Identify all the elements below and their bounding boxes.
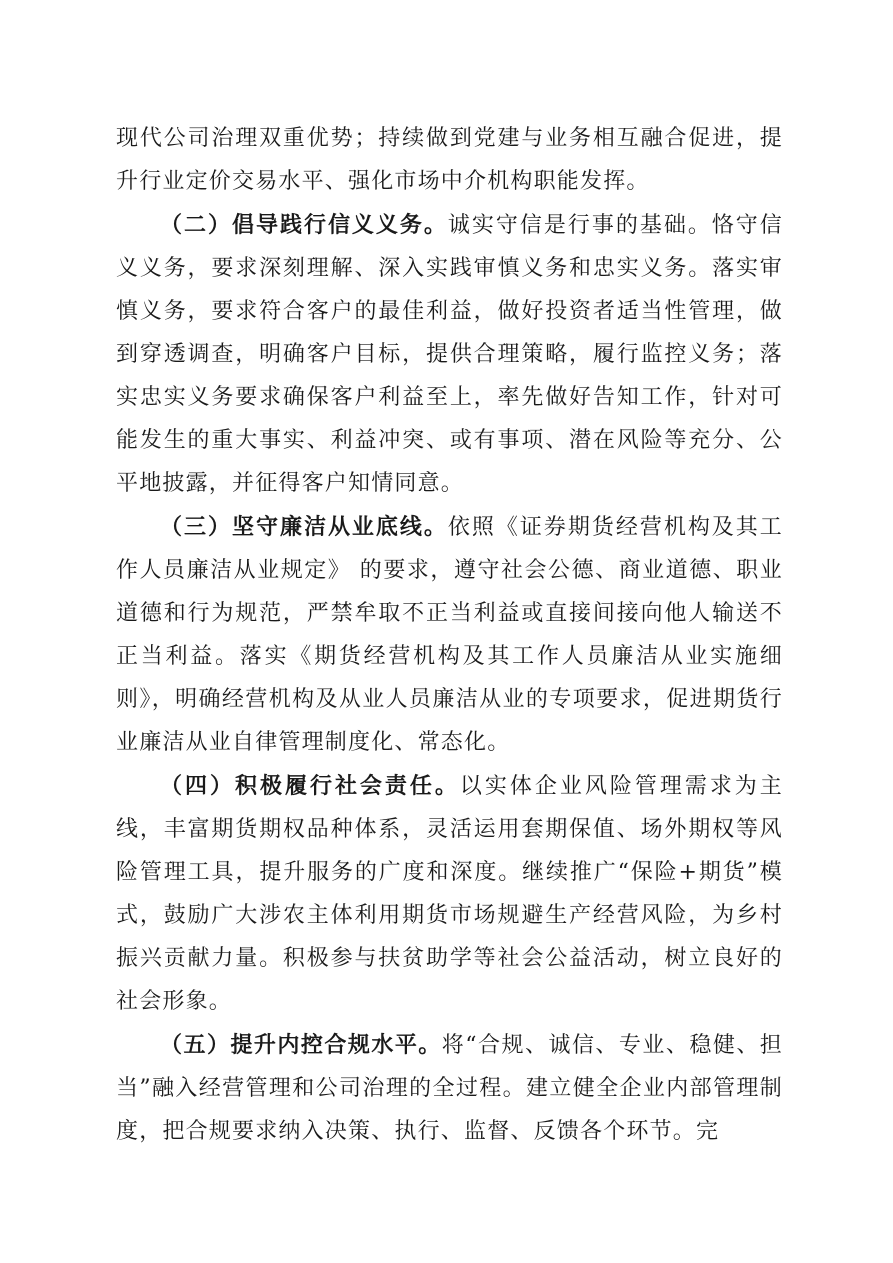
paragraph-text: 诚实守信是行事的基础。恪守信义义务，要求深刻理解、深入实践审慎义务和忠实义务。落… [116,213,783,496]
document-page: 现代公司治理双重优势；持续做到党建与业务相互融合促进，提升行业定价交易水平、强化… [116,117,783,1153]
paragraph-integrity: （三）坚守廉洁从业底线。依照《证券期货经营机构及其工作人员廉洁从业规定》 的要求… [116,506,783,764]
paragraph-compliance: （五）提升内控合规水平。将“合规、诚信、专业、稳健、担当”融入经营管理和公司治理… [116,1024,783,1153]
paragraph-text: 以实体企业风险管理需求为主线，丰富期货期权品种体系，灵活运用套期保值、场外期权等… [116,774,783,1014]
paragraph-heading: （四）积极履行社会责任。 [160,774,460,799]
paragraph-text: 依照《证券期货经营机构及其工作人员廉洁从业规定》 的要求，遵守社会公德、商业道德… [116,515,783,755]
paragraph-continuation: 现代公司治理双重优势；持续做到党建与业务相互融合促进，提升行业定价交易水平、强化… [116,117,783,203]
paragraph-heading: （三）坚守廉洁从业底线。 [160,515,448,540]
paragraph-fiduciary-duty: （二）倡导践行信义义务。诚实守信是行事的基础。恪守信义义务，要求深刻理解、深入实… [116,204,783,505]
paragraph-text: 现代公司治理双重优势；持续做到党建与业务相互融合促进，提升行业定价交易水平、强化… [116,126,783,194]
paragraph-heading: （二）倡导践行信义义务。 [160,213,448,238]
paragraph-social-responsibility: （四）积极履行社会责任。以实体企业风险管理需求为主线，丰富期货期权品种体系，灵活… [116,765,783,1023]
paragraph-heading: （五）提升内控合规水平。 [160,1033,442,1058]
